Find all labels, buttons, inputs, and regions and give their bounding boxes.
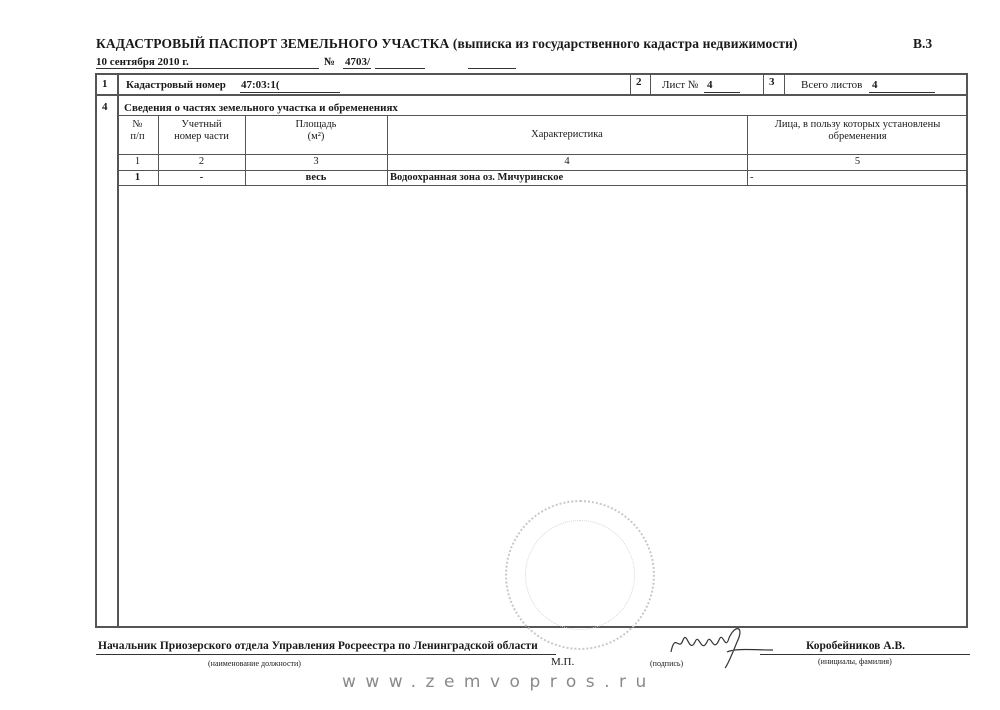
issue-date: 10 сентября 2010 г. bbox=[96, 56, 189, 68]
total-sheets-value: 4 bbox=[872, 79, 878, 91]
col-header-persons-line1: Лица, в пользу которых установлены bbox=[747, 119, 968, 131]
position-caption: (наименование должности) bbox=[208, 659, 301, 668]
col-header-area-line1: Площадь bbox=[245, 119, 387, 131]
position-underline bbox=[96, 654, 556, 655]
signature-scribble-icon bbox=[665, 622, 775, 672]
col-header-part-line1: Учетный bbox=[158, 119, 245, 131]
row1-divider-c bbox=[763, 73, 764, 96]
stamp-label: М.П. bbox=[551, 656, 574, 668]
col-header-persons: Лица, в пользу которых установлены обрем… bbox=[747, 119, 968, 143]
col-header-area-line2: (м²) bbox=[245, 131, 387, 143]
col-header-number-line1: № bbox=[117, 119, 158, 131]
col-header-part-line2: номер части bbox=[158, 131, 245, 143]
col-index-4: 4 bbox=[387, 156, 747, 167]
cell-number-4: 4 bbox=[102, 101, 108, 113]
cadastral-number-value: 47:03:1( bbox=[241, 79, 280, 91]
sheet-value: 4 bbox=[707, 79, 713, 91]
col-header-persons-line2: обременения bbox=[747, 131, 968, 143]
col-header-area: Площадь (м²) bbox=[245, 119, 387, 143]
sheet-label: Лист № bbox=[662, 79, 698, 91]
row1-divider-b bbox=[650, 73, 651, 96]
row1-divider-a bbox=[630, 73, 631, 96]
watermark-url: www.zemvopros.ru bbox=[342, 672, 656, 692]
section-title: Сведения о частях земельного участка и о… bbox=[124, 102, 398, 114]
signer-position: Начальник Приозерского отдела Управления… bbox=[98, 640, 538, 652]
form-code: В.3 bbox=[913, 36, 932, 52]
col-divider-3 bbox=[387, 115, 388, 185]
data-row-bottom-line bbox=[117, 185, 968, 186]
signer-caption: (инициалы, фамилия) bbox=[818, 657, 892, 666]
row-part-number: - bbox=[158, 172, 245, 183]
number-underline-extra2 bbox=[468, 68, 516, 69]
document-title: КАДАСТРОВЫЙ ПАСПОРТ ЗЕМЕЛЬНОГО УЧАСТКА (… bbox=[96, 36, 798, 52]
col-header-number-line2: п/п bbox=[117, 131, 158, 143]
col-index-5: 5 bbox=[747, 156, 968, 167]
total-underline bbox=[869, 92, 935, 93]
total-sheets-label: Всего листов bbox=[801, 79, 862, 91]
row-persons: - bbox=[750, 172, 754, 183]
cell-number-1: 1 bbox=[102, 78, 108, 90]
col-header-part-number: Учетный номер части bbox=[158, 119, 245, 143]
row-characteristic: Водоохранная зона оз. Мичуринское bbox=[390, 172, 563, 183]
cadastral-number-label: Кадастровый номер bbox=[126, 79, 226, 91]
sheet-underline bbox=[704, 92, 740, 93]
number-underline bbox=[343, 68, 371, 69]
cadastral-underline bbox=[240, 92, 340, 93]
row-number: 1 bbox=[117, 172, 158, 183]
date-underline bbox=[96, 68, 319, 69]
cell-number-3: 3 bbox=[769, 76, 775, 88]
row-area: весь bbox=[245, 172, 387, 183]
col-index-3: 3 bbox=[245, 156, 387, 167]
official-seal-inner bbox=[525, 520, 635, 630]
number-label: № bbox=[324, 56, 335, 68]
col-header-number: № п/п bbox=[117, 119, 158, 143]
signer-underline bbox=[760, 654, 970, 655]
number-underline-extra bbox=[375, 68, 425, 69]
cell-number-2: 2 bbox=[636, 76, 642, 88]
signer-name: Коробейников А.В. bbox=[806, 640, 905, 652]
col-header-characteristic: Характеристика bbox=[387, 129, 747, 141]
row1-divider-d bbox=[784, 73, 785, 96]
col-index-1: 1 bbox=[117, 156, 158, 167]
document-number: 4703/ bbox=[345, 56, 370, 68]
col-index-2: 2 bbox=[158, 156, 245, 167]
